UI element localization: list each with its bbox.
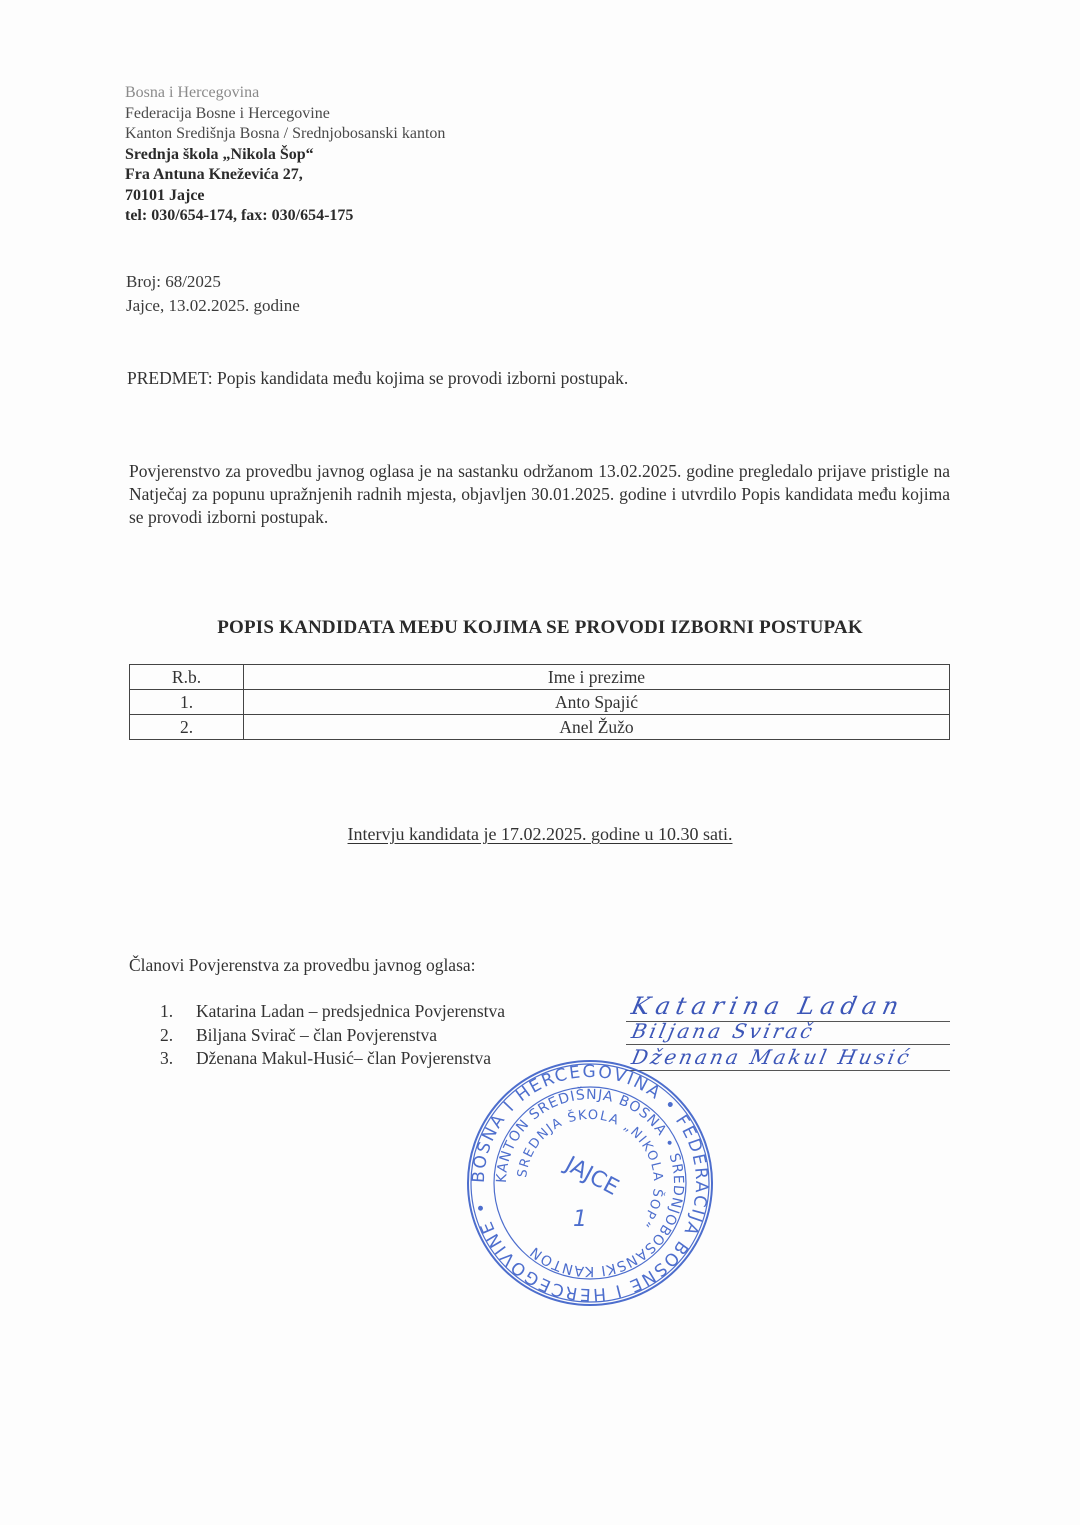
interview-notice: Intervju kandidata je 17.02.2025. godine… [130,824,950,845]
school-name: Srednja škola „Nikola Šop“ [125,145,445,166]
row-number: 2. [130,715,244,740]
school-city: 70101 Jajce [125,186,445,207]
table-row: 1. Anto Spajić [130,690,950,715]
country-line: Bosna i Hercegovina [125,83,445,104]
interview-text: Intervju kandidata je 17.02.2025. godine… [348,824,733,844]
document-number: Broj: 68/2025 [126,270,300,294]
member-text: Dženana Makul-Husić– član Povjerenstva [196,1047,491,1071]
handwritten-signature: Biljana Svirač [629,1019,817,1043]
canton-line: Kanton Središnja Bosna / Srednjobosanski… [125,124,445,145]
column-header-number: R.b. [130,665,244,690]
signature-line: Biljana Svirač [626,1022,950,1045]
letterhead: Bosna i Hercegovina Federacija Bosne i H… [125,83,445,227]
member-text: Biljana Svirač – član Povjerenstva [196,1024,437,1048]
federation-line: Federacija Bosne i Hercegovine [125,104,445,125]
candidates-table: R.b. Ime i prezime 1. Anto Spajić 2. Ane… [129,664,950,740]
document-meta: Broj: 68/2025 Jajce, 13.02.2025. godine [126,270,300,318]
candidate-name: Anto Spajić [244,690,950,715]
column-header-name: Ime i prezime [244,665,950,690]
row-number: 1. [130,690,244,715]
member-number: 3. [160,1047,196,1071]
handwritten-signature: Katarina Ladan [629,992,907,1020]
subject-line: PREDMET: Popis kandidata među kojima se … [127,368,628,389]
list-item: 2. Biljana Svirač – član Povjerenstva [160,1024,505,1048]
school-street: Fra Antuna Kneževića 27, [125,165,445,186]
stamp-seal-icon: BOSNA I HERCEGOVINA • FEDERACIJA BOSNE I… [462,1058,718,1308]
member-number: 2. [160,1024,196,1048]
stamp-number: 1 [573,1207,587,1232]
table-title: POPIS KANDIDATA MEĐU KOJIMA SE PROVODI I… [130,617,950,639]
stamp-center-text: JAJCE [559,1151,623,1201]
body-paragraph: Povjerenstvo za provedbu javnog oglasa j… [129,460,950,529]
member-text: Katarina Ladan – predsjednica Povjerenst… [196,1000,505,1024]
list-item: 3. Dženana Makul-Husić– član Povjerenstv… [160,1047,505,1071]
candidate-name: Anel Žužo [244,715,950,740]
table-header-row: R.b. Ime i prezime [130,665,950,690]
committee-members-list: 1. Katarina Ladan – predsjednica Povjere… [160,1000,505,1071]
school-contact: tel: 030/654-174, fax: 030/654-175 [125,206,445,227]
list-item: 1. Katarina Ladan – predsjednica Povjere… [160,1000,505,1024]
place-and-date: Jajce, 13.02.2025. godine [126,294,300,318]
member-number: 1. [160,1000,196,1024]
signature-line: Katarina Ladan [626,995,950,1022]
table-row: 2. Anel Žužo [130,715,950,740]
official-stamp: BOSNA I HERCEGOVINA • FEDERACIJA BOSNE I… [462,1058,718,1308]
committee-label: Članovi Povjerenstva za provedbu javnog … [129,955,476,976]
